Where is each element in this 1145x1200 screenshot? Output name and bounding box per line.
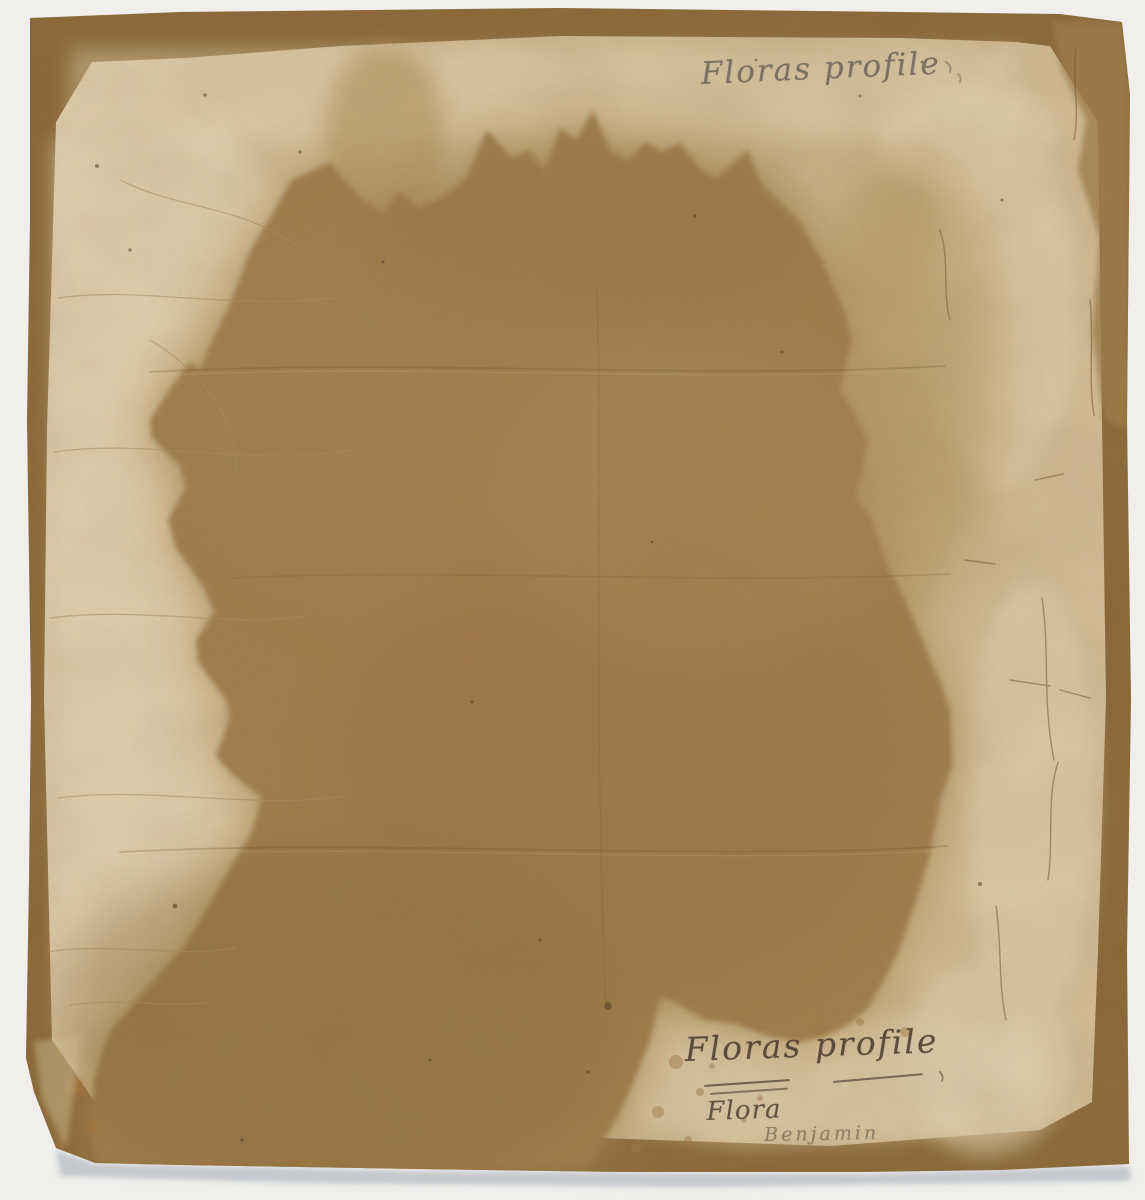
inscription-name-benjamin: Benjamin bbox=[764, 1122, 879, 1146]
paper-grain bbox=[0, 0, 1145, 1200]
paper-surface bbox=[0, 0, 1145, 1200]
paper-verso-photo bbox=[0, 0, 1145, 1200]
inscription-name-flora: Flora bbox=[706, 1094, 782, 1127]
photo-backdrop: Floras profile Floras profile Flora Benj… bbox=[0, 0, 1145, 1200]
